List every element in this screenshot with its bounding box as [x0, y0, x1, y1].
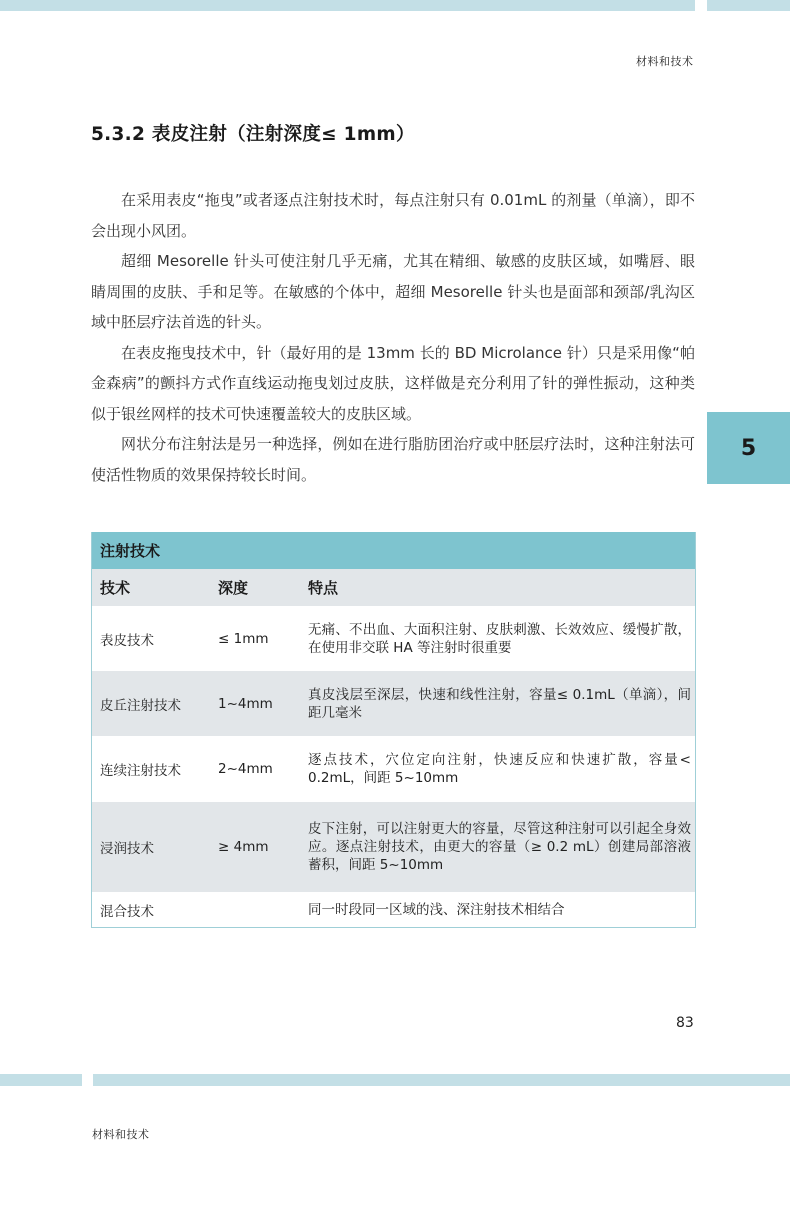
table-title: 注射技术: [92, 532, 695, 569]
body-text: 在采用表皮“拖曳”或者逐点注射技术时，每点注射只有 0.01mL 的剂量（单滴）…: [91, 185, 695, 490]
paragraph: 在采用表皮“拖曳”或者逐点注射技术时，每点注射只有 0.01mL 的剂量（单滴）…: [91, 185, 695, 246]
bottom-bar-left: [0, 1074, 82, 1086]
cell-features: 真皮浅层至深层，快速和线性注射，容量≤ 0.1mL（单滴），间距几毫米: [308, 686, 695, 722]
section-title: 5.3.2 表皮注射（注射深度≤ 1mm）: [91, 120, 415, 146]
table-row: 连续注射技术 2~4mm 逐点技术，穴位定向注射，快速反应和快速扩散，容量< 0…: [92, 736, 695, 802]
table-row: 浸润技术 ≥ 4mm 皮下注射，可以注射更大的容量，尽管这种注射可以引起全身效应…: [92, 802, 695, 892]
cell-technique: 连续注射技术: [92, 759, 218, 779]
cell-depth: 2~4mm: [218, 761, 308, 777]
page-number: 83: [676, 1015, 694, 1031]
cell-features: 无痛、不出血、大面积注射、皮肤刺激、长效效应、缓慢扩散，在使用非交联 HA 等注…: [308, 621, 695, 657]
running-head: 材料和技术: [636, 53, 694, 69]
injection-techniques-table: 注射技术 技术 深度 特点 表皮技术 ≤ 1mm 无痛、不出血、大面积注射、皮肤…: [91, 532, 696, 928]
cell-technique: 浸润技术: [92, 837, 218, 857]
cell-features: 皮下注射，可以注射更大的容量，尽管这种注射可以引起全身效应。逐点注射技术，由更大…: [308, 820, 695, 874]
paragraph: 网状分布注射法是另一种选择，例如在进行脂肪团治疗或中胚层疗法时，这种注射法可使活…: [91, 429, 695, 490]
cell-depth: ≤ 1mm: [218, 631, 308, 647]
cell-features: 同一时段同一区域的浅、深注射技术相结合: [308, 901, 695, 919]
cell-depth: ≥ 4mm: [218, 839, 308, 855]
cell-technique: 皮丘注射技术: [92, 694, 218, 714]
cell-features: 逐点技术，穴位定向注射，快速反应和快速扩散，容量< 0.2mL，间距 5~10m…: [308, 751, 695, 787]
table-row: 混合技术 同一时段同一区域的浅、深注射技术相结合: [92, 892, 695, 927]
table-row: 皮丘注射技术 1~4mm 真皮浅层至深层，快速和线性注射，容量≤ 0.1mL（单…: [92, 671, 695, 736]
top-bar-right: [707, 0, 790, 11]
chapter-tab: 5: [707, 412, 790, 484]
paragraph: 在表皮拖曳技术中，针（最好用的是 13mm 长的 BD Microlance 针…: [91, 338, 695, 430]
next-page-running-head: 材料和技术: [92, 1126, 150, 1142]
cell-technique: 表皮技术: [92, 629, 218, 649]
paragraph: 超细 Mesorelle 针头可使注射几乎无痛，尤其在精细、敏感的皮肤区域，如嘴…: [91, 246, 695, 338]
header-depth: 深度: [218, 577, 308, 598]
cell-technique: 混合技术: [92, 900, 218, 920]
header-features: 特点: [308, 579, 695, 597]
cell-depth: 1~4mm: [218, 696, 308, 712]
table-row: 表皮技术 ≤ 1mm 无痛、不出血、大面积注射、皮肤刺激、长效效应、缓慢扩散，在…: [92, 606, 695, 671]
bottom-bar-right: [93, 1074, 790, 1086]
top-bar-left: [0, 0, 695, 11]
header-technique: 技术: [92, 577, 218, 598]
table-header-row: 技术 深度 特点: [92, 569, 695, 606]
